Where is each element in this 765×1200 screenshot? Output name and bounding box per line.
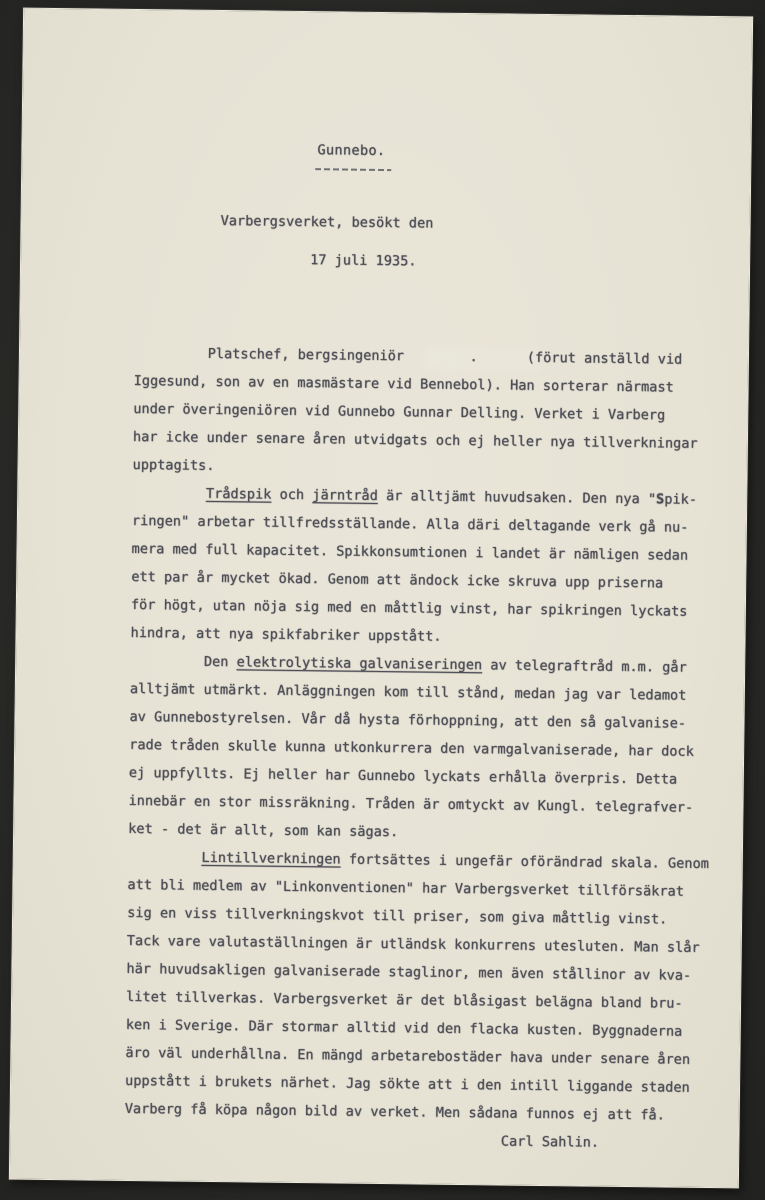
document-subtitle-line2: 17 juli 1935. <box>310 246 417 275</box>
document-paper: Gunnebo. Varbergsverket, besökt den 17 j… <box>9 8 753 1189</box>
document-body: Platschef, bergsingeniör . (förut anstäl… <box>124 339 715 1158</box>
document-title: Gunnebo. <box>317 136 385 165</box>
title-underline <box>315 168 391 171</box>
scanned-document-view: Gunnebo. Varbergsverket, besökt den 17 j… <box>0 0 765 1200</box>
document-subtitle-line1: Varbergsverket, besökt den <box>220 207 433 238</box>
